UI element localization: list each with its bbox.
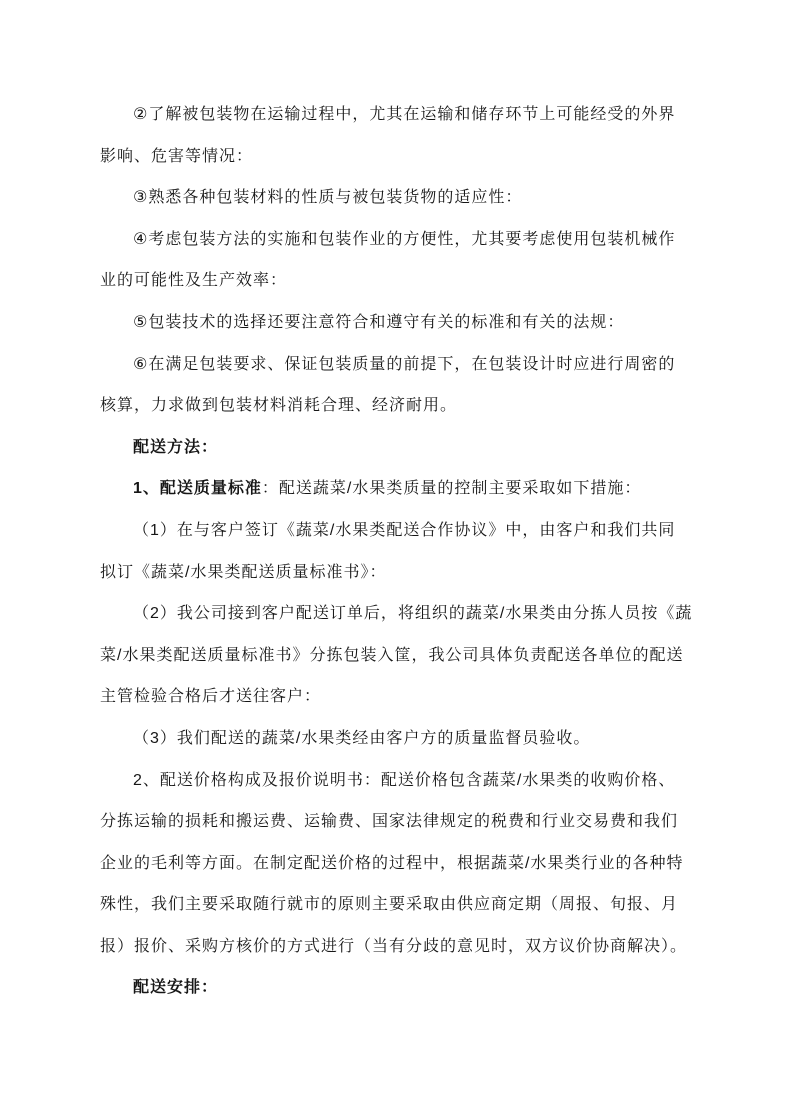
paragraph: （3）我们配送的蔬菜/水果类经由客户方的质量监督员验收。 — [100, 718, 742, 760]
section-heading: 配送安排： — [100, 967, 742, 1009]
paragraph: ③熟悉各种包装材料的性质与被包装货物的适应性： — [100, 177, 742, 219]
paragraph: （1）在与客户签订《蔬菜/水果类配送合作协议》中，由客户和我们共同 拟订《蔬菜/… — [100, 510, 742, 593]
section-heading: 配送方法： — [100, 427, 742, 469]
paragraph: ④考虑包装方法的实施和包装作业的方便性，尤其要考虑使用包装机械作 业的可能性及生… — [100, 219, 742, 302]
bold-lead-label: 1、配送质量标准 — [133, 480, 262, 497]
paragraph: ⑥在满足包装要求、保证包装质量的前提下，在包装设计时应进行周密的 核算，力求做到… — [100, 344, 742, 427]
paragraph: ②了解被包装物在运输过程中，尤其在运输和储存环节上可能经受的外界 影响、危害等情… — [100, 94, 742, 177]
paragraph: ⑤包装技术的选择还要注意符合和遵守有关的标准和有关的法规： — [100, 302, 742, 344]
document-page: ②了解被包装物在运输过程中，尤其在运输和储存环节上可能经受的外界 影响、危害等情… — [0, 0, 790, 1118]
paragraph: （2）我公司接到客户配送订单后，将组织的蔬菜/水果类由分拣人员按《蔬 菜/水果类… — [100, 593, 742, 718]
paragraph: 1、配送质量标准：配送蔬菜/水果类质量的控制主要采取如下措施： — [100, 468, 742, 510]
paragraph: 2、配送价格构成及报价说明书：配送价格包含蔬菜/水果类的收购价格、 分拣运输的损… — [100, 760, 742, 968]
document-body: ②了解被包装物在运输过程中，尤其在运输和储存环节上可能经受的外界 影响、危害等情… — [100, 94, 742, 1009]
